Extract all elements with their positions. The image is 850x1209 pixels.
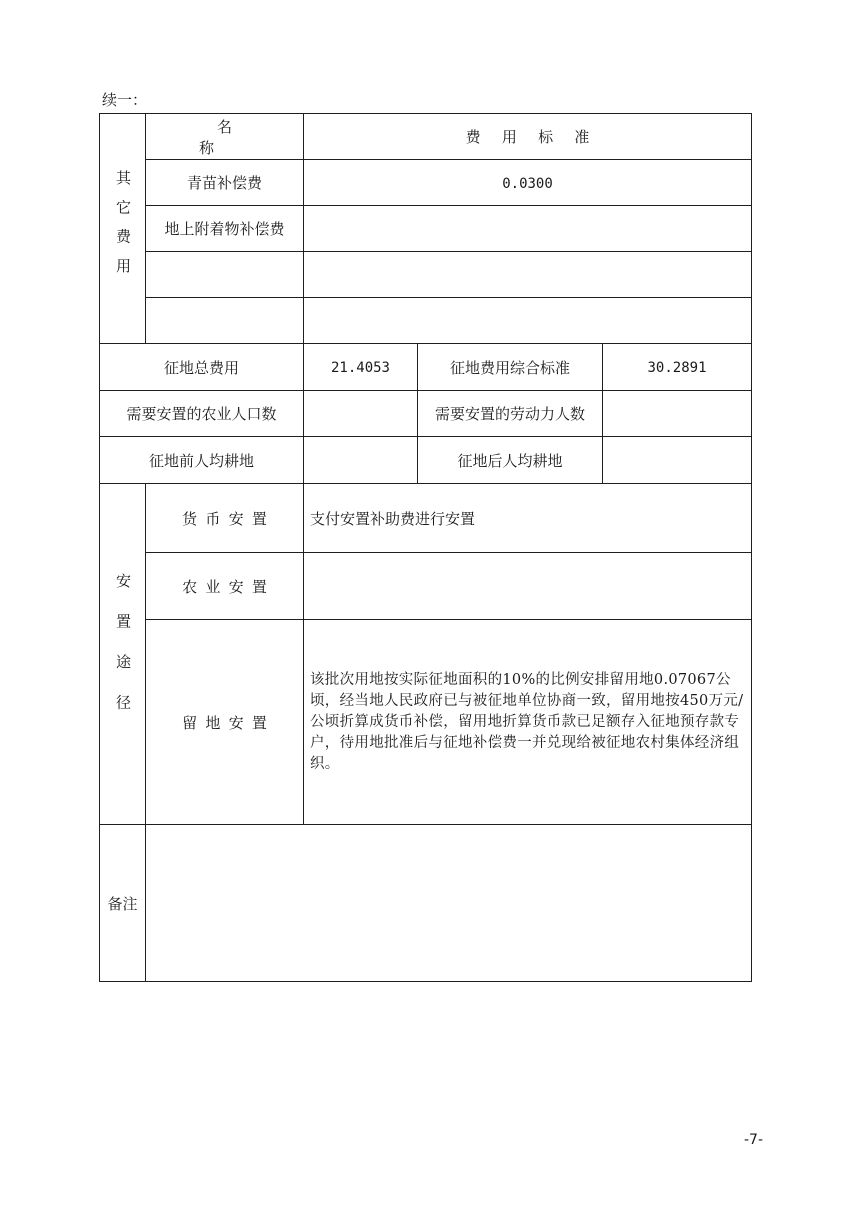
summary-row: 需要安置的农业人口数 需要安置的劳动力人数 [100, 391, 752, 437]
fee-name-cell: 青苗补偿费 [146, 160, 304, 206]
total-fee-value: 21.4053 [331, 360, 390, 376]
resettlement-content-cell: 该批次用地按实际征地面积的10%的比例安排留用地0.07067公顷，经当地人民政… [304, 620, 752, 825]
resettlement-name-cell: 货币安置 [146, 484, 304, 553]
resettlement-name: 农业安置 [174, 578, 275, 596]
agri-population-label: 需要安置的农业人口数 [126, 405, 276, 423]
continuation-caption: 续一： [102, 89, 147, 110]
remarks-label: 备注 [107, 895, 137, 913]
fee-standard-cell: 0.0300 [304, 160, 752, 206]
farmland-before-label: 征地前人均耕地 [149, 452, 254, 470]
fee-name: 青苗补偿费 [187, 174, 262, 192]
summary-value-cell [603, 437, 752, 484]
labor-count-label: 需要安置的劳动力人数 [435, 405, 585, 423]
header-standard-cell: 费 用 标 准 [304, 114, 752, 160]
other-fees-section-text: 其它费用 [115, 170, 130, 287]
summary-label-cell: 征地后人均耕地 [418, 437, 603, 484]
resettlement-content: 支付安置补助费进行安置 [310, 510, 475, 528]
fee-row [100, 252, 752, 298]
land-acquisition-form-table: 其它费用 名 称 费 用 标 准 青苗补偿费 0.0300 地上附着物补偿费 征… [99, 113, 752, 982]
summary-value-cell: 30.2891 [603, 344, 752, 391]
composite-standard-label: 征地费用综合标准 [450, 359, 570, 377]
summary-value-cell: 21.4053 [304, 344, 418, 391]
resettlement-row: 留地安置 该批次用地按实际征地面积的10%的比例安排留用地0.07067公顷，经… [100, 620, 752, 825]
header-name: 名 称 [181, 118, 268, 157]
summary-value-cell [603, 391, 752, 437]
summary-value-cell [304, 391, 418, 437]
summary-label-cell: 征地费用综合标准 [418, 344, 603, 391]
other-fees-section-label: 其它费用 [100, 114, 146, 344]
farmland-after-label: 征地后人均耕地 [457, 452, 562, 470]
other-fees-header-row: 其它费用 名 称 费 用 标 准 [100, 114, 752, 160]
page-number: -7- [744, 1132, 763, 1148]
total-fee-label: 征地总费用 [164, 359, 239, 377]
reserved-land-description: 该批次用地按实际征地面积的10%的比例安排留用地0.07067公顷，经当地人民政… [304, 670, 751, 775]
fee-name-cell [146, 252, 304, 298]
fee-standard-cell [304, 252, 752, 298]
fee-standard-cell [304, 298, 752, 344]
fee-row: 青苗补偿费 0.0300 [100, 160, 752, 206]
fee-row [100, 298, 752, 344]
resettlement-row: 农业安置 [100, 553, 752, 620]
remarks-row: 备注 [100, 825, 752, 982]
remarks-label-cell: 备注 [100, 825, 146, 982]
fee-name-cell: 地上附着物补偿费 [146, 206, 304, 252]
summary-label-cell: 需要安置的农业人口数 [100, 391, 304, 437]
resettlement-section-label: 安置途径 [100, 484, 146, 825]
remarks-content-cell [146, 825, 752, 982]
resettlement-section-text: 安置途径 [115, 573, 130, 735]
resettlement-name: 货币安置 [174, 510, 275, 528]
resettlement-name-cell: 留地安置 [146, 620, 304, 825]
summary-value-cell [304, 437, 418, 484]
summary-label-cell: 需要安置的劳动力人数 [418, 391, 603, 437]
resettlement-name-cell: 农业安置 [146, 553, 304, 620]
fee-name-cell [146, 298, 304, 344]
header-name-cell: 名 称 [146, 114, 304, 160]
header-standard: 费 用 标 准 [457, 128, 597, 146]
fee-row: 地上附着物补偿费 [100, 206, 752, 252]
resettlement-content-cell: 支付安置补助费进行安置 [304, 484, 752, 553]
resettlement-row: 安置途径 货币安置 支付安置补助费进行安置 [100, 484, 752, 553]
summary-label-cell: 征地前人均耕地 [100, 437, 304, 484]
resettlement-name: 留地安置 [174, 714, 275, 732]
fee-standard-cell [304, 206, 752, 252]
summary-row: 征地前人均耕地 征地后人均耕地 [100, 437, 752, 484]
fee-name: 地上附着物补偿费 [164, 220, 284, 238]
summary-label-cell: 征地总费用 [100, 344, 304, 391]
composite-standard-value: 30.2891 [648, 360, 707, 376]
resettlement-content-cell [304, 553, 752, 620]
fee-standard: 0.0300 [502, 176, 553, 192]
summary-row: 征地总费用 21.4053 征地费用综合标准 30.2891 [100, 344, 752, 391]
